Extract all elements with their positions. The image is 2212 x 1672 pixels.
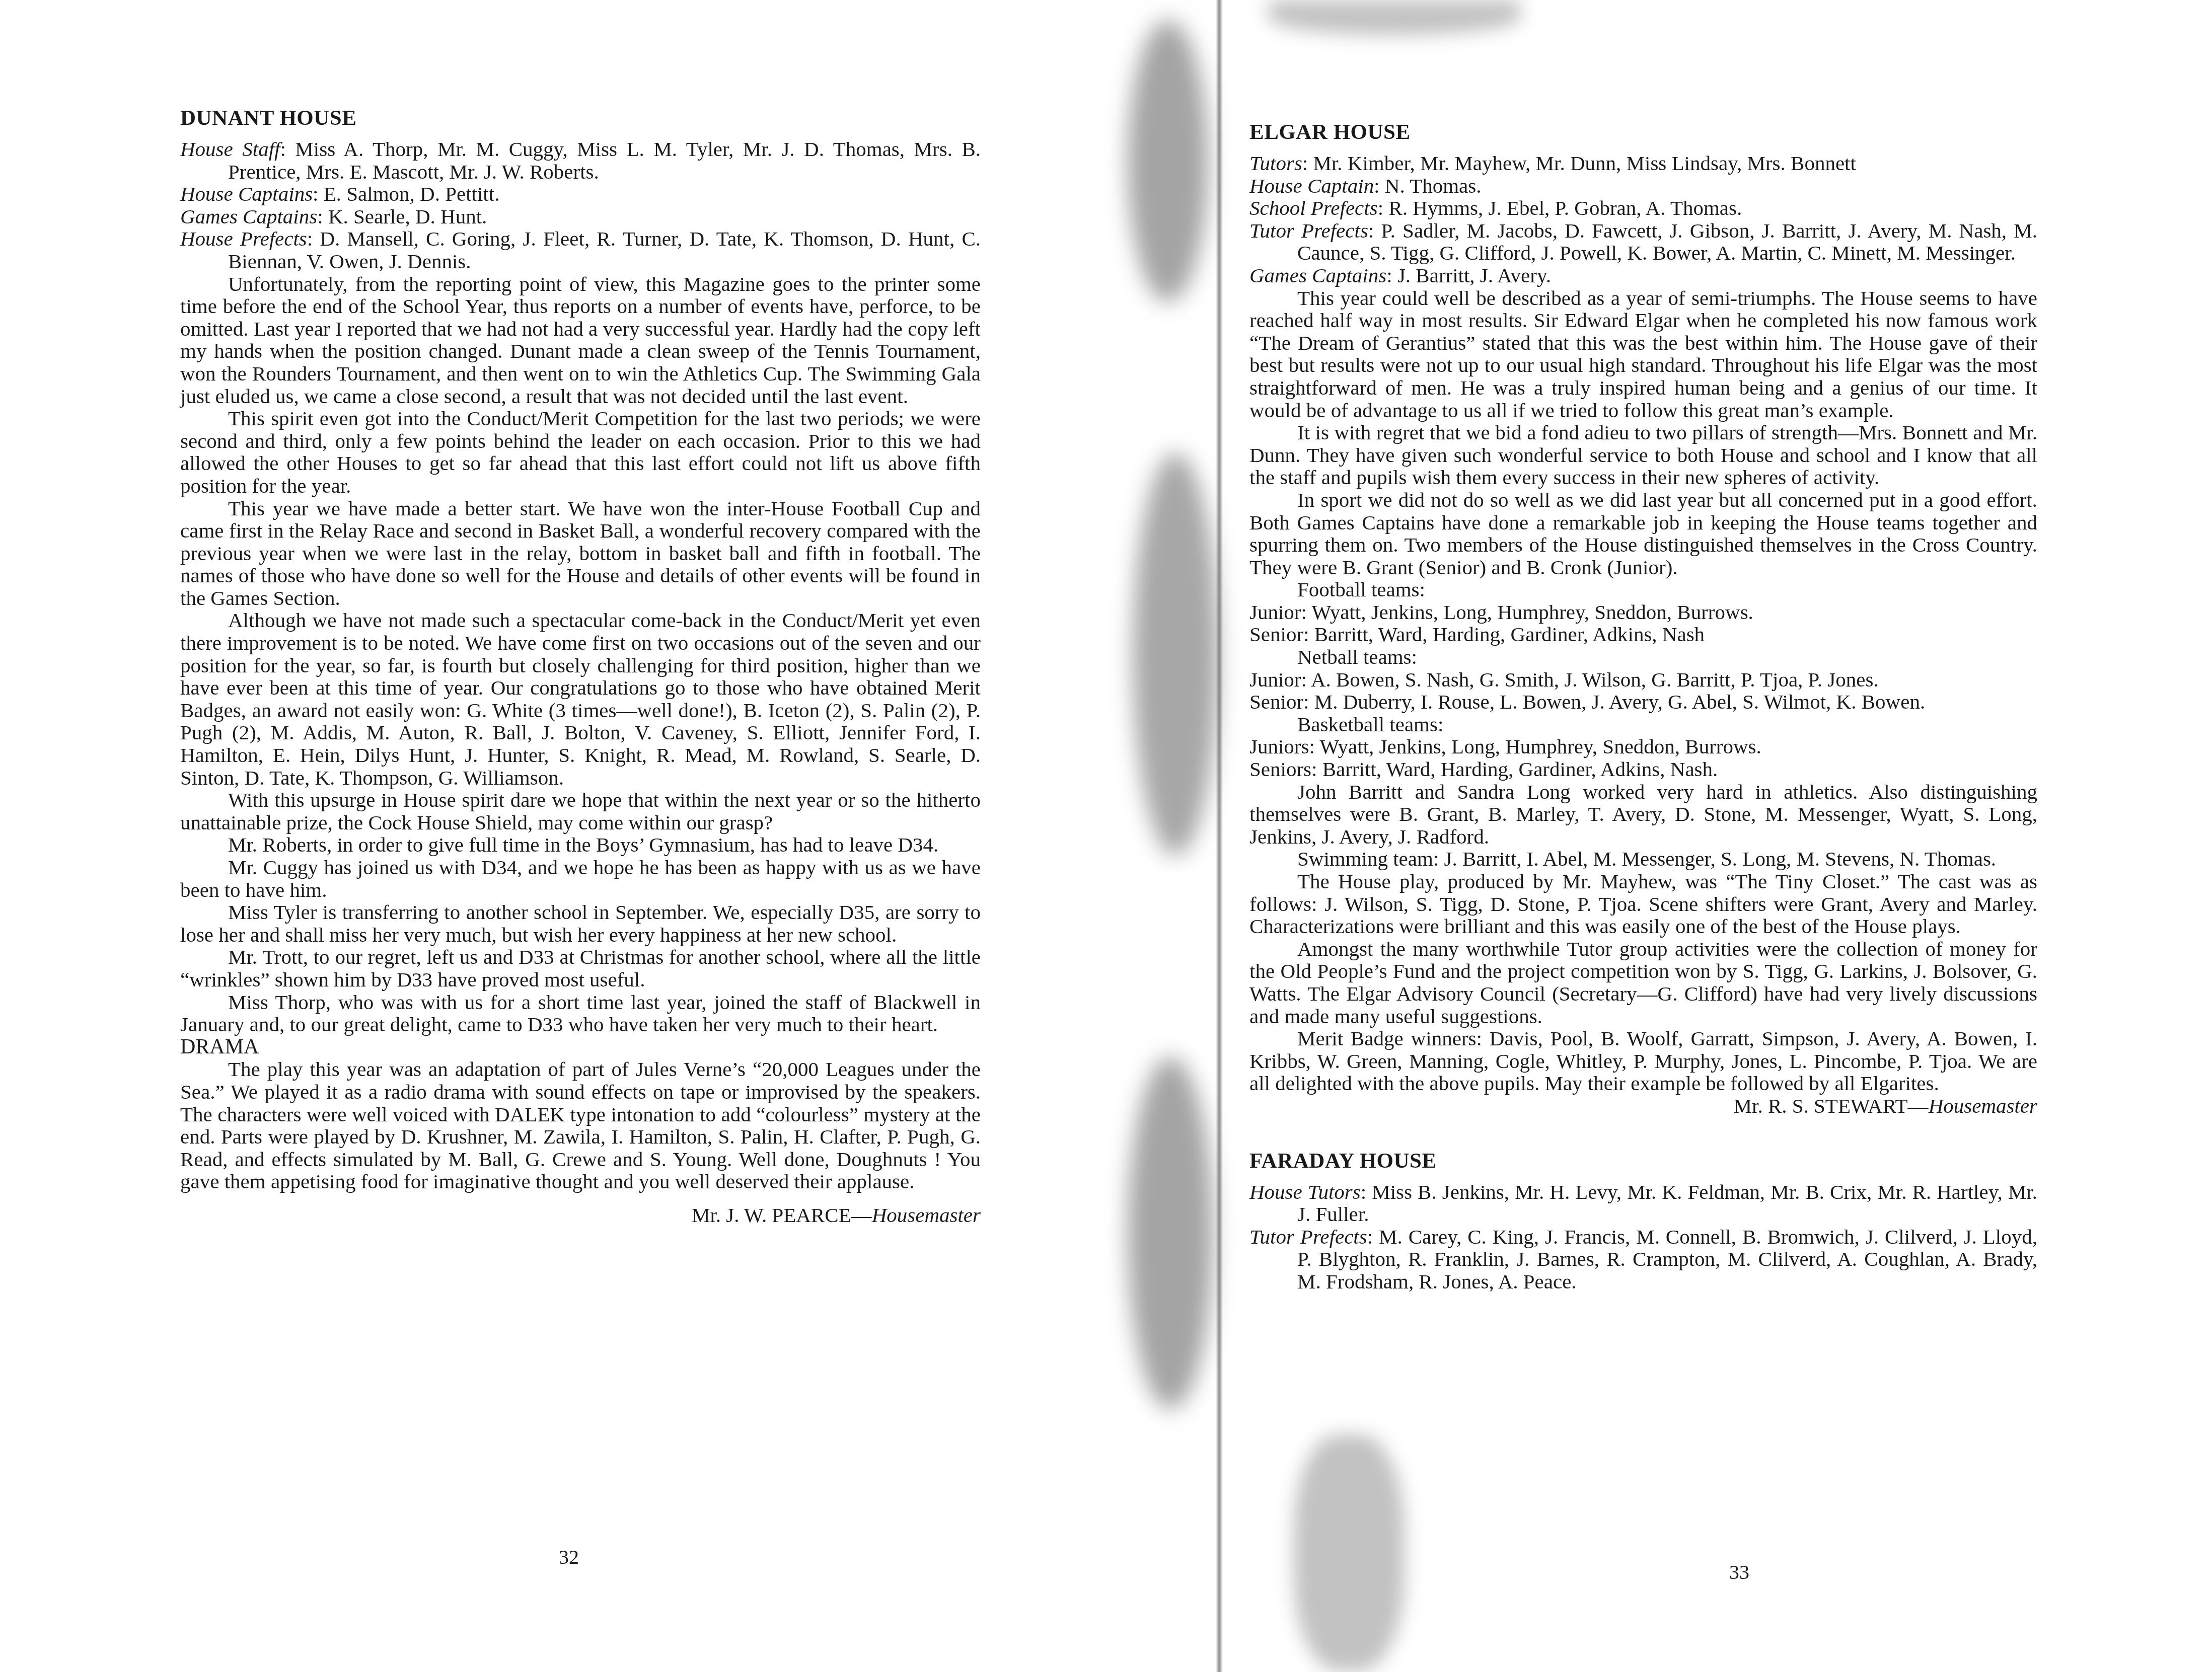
page-number: 32 — [519, 1545, 619, 1569]
entry-text: Mr. Kimber, Mr. Mayhew, Mr. Dunn, Miss L… — [1313, 151, 1856, 175]
entry-label: House Staff — [180, 137, 280, 161]
team-label: Seniors: — [1249, 757, 1317, 781]
team-members: Barritt, Ward, Harding, Gardiner, Adkins… — [1314, 623, 1705, 646]
page-33: ELGAR HOUSE Tutors: Mr. Kimber, Mr. Mayh… — [1108, 0, 2212, 1672]
paragraph: Swimming team: J. Barritt, I. Abel, M. M… — [1249, 848, 2037, 870]
entry-text: M. Carey, C. King, J. Francis, M. Connel… — [1297, 1225, 2037, 1293]
paragraph: This year could well be described as a y… — [1249, 287, 2037, 422]
entry-text: E. Salmon, D. Pettitt. — [324, 182, 500, 205]
entry-label: House Captain — [1249, 174, 1374, 197]
signature-name: Mr. R. S. STEWART— — [1734, 1094, 1929, 1117]
entry-text: R. Hymms, J. Ebel, P. Gobran, A. Thomas. — [1388, 196, 1742, 219]
section-title-dunant-house: DUNANT HOUSE — [180, 106, 981, 131]
drama-heading: DRAMA — [180, 1036, 981, 1058]
team-row-basketball-seniors: Seniors: Barritt, Ward, Harding, Gardine… — [1249, 758, 2037, 781]
paragraph: Miss Thorp, who was with us for a short … — [180, 991, 981, 1036]
paragraph: The House play, produced by Mr. Mayhew, … — [1249, 870, 2037, 938]
entry-label: Tutor Prefects — [1249, 1225, 1367, 1248]
team-row-netball-junior: Junior: A. Bowen, S. Nash, G. Smith, J. … — [1249, 668, 2037, 691]
signature-name: Mr. J. W. PEARCE— — [692, 1203, 872, 1227]
paragraph: Mr. Trott, to our regret, left us and D3… — [180, 946, 981, 991]
paragraph: John Barritt and Sandra Long worked very… — [1249, 781, 2037, 848]
staff-entry-house-prefects: House Prefects: D. Mansell, C. Goring, J… — [180, 227, 981, 272]
staff-entry-games-captains: Games Captains: J. Barritt, J. Avery. — [1249, 264, 2037, 287]
team-label: Senior: — [1249, 623, 1309, 646]
staff-entry-house-captain: House Captain: N. Thomas. — [1249, 175, 2037, 197]
page-number: 33 — [1689, 1560, 1790, 1584]
entry-label: Games Captains — [1249, 264, 1386, 287]
staff-entry-tutor-prefects: Tutor Prefects: M. Carey, C. King, J. Fr… — [1249, 1226, 2037, 1293]
team-members: A. Bowen, S. Nash, G. Smith, J. Wilson, … — [1311, 668, 1879, 691]
entry-text: Miss B. Jenkins, Mr. H. Levy, Mr. K. Fel… — [1297, 1180, 2037, 1226]
football-teams-heading: Football teams: — [1249, 578, 2037, 601]
staff-entry-school-prefects: School Prefects: R. Hymms, J. Ebel, P. G… — [1249, 197, 2037, 219]
section-title-faraday-house: FARADAY HOUSE — [1249, 1149, 2037, 1174]
paragraph: Mr. Roberts, in order to give full time … — [180, 833, 981, 856]
staff-entry-house-tutors: House Tutors: Miss B. Jenkins, Mr. H. Le… — [1249, 1181, 2037, 1226]
netball-teams-heading: Netball teams: — [1249, 646, 2037, 668]
team-row-football-junior: Junior: Wyatt, Jenkins, Long, Humphrey, … — [1249, 601, 2037, 624]
staff-entry-tutor-prefects: Tutor Prefects: P. Sadler, M. Jacobs, D.… — [1249, 219, 2037, 264]
basketball-teams-heading: Basketball teams: — [1249, 713, 2037, 736]
team-row-football-senior: Senior: Barritt, Ward, Harding, Gardiner… — [1249, 623, 2037, 646]
paragraph: Although we have not made such a spectac… — [180, 609, 981, 789]
entry-label: House Captains — [180, 182, 313, 205]
entry-label: School Prefects — [1249, 196, 1378, 219]
team-label: Junior: — [1249, 600, 1307, 624]
entry-text: N. Thomas. — [1385, 174, 1482, 197]
team-label: Senior: — [1249, 690, 1309, 713]
staff-entry-house-staff: House Staff: Miss A. Thorp, Mr. M. Cuggy… — [180, 138, 981, 183]
housemaster-signature-elgar: Mr. R. S. STEWART—Housemaster — [1249, 1095, 2037, 1117]
housemaster-signature-dunant: Mr. J. W. PEARCE—Housemaster — [180, 1204, 981, 1227]
entry-text: P. Sadler, M. Jacobs, D. Fawcett, J. Gib… — [1297, 219, 2037, 265]
right-text-column: ELGAR HOUSE Tutors: Mr. Kimber, Mr. Mayh… — [1249, 120, 2037, 1293]
team-label: Juniors: — [1249, 735, 1315, 758]
paragraph: Merit Badge winners: Davis, Pool, B. Woo… — [1249, 1027, 2037, 1095]
entry-label: House Prefects — [180, 227, 307, 250]
entry-label: House Tutors — [1249, 1180, 1361, 1203]
drama-paragraph: The play this year was an adaptation of … — [180, 1058, 981, 1193]
paragraph: Mr. Cuggy has joined us with D34, and we… — [180, 856, 981, 901]
signature-role: Housemaster — [1929, 1094, 2037, 1117]
signature-role: Housemaster — [872, 1203, 981, 1227]
paragraph: In sport we did not do so well as we did… — [1249, 489, 2037, 578]
paragraph: With this upsurge in House spirit dare w… — [180, 789, 981, 833]
entry-text: Miss A. Thorp, Mr. M. Cuggy, Miss L. M. … — [228, 137, 981, 183]
team-members: Wyatt, Jenkins, Long, Humphrey, Sneddon,… — [1311, 600, 1753, 624]
entry-label: Tutor Prefects — [1249, 219, 1368, 242]
entry-label: Tutors — [1249, 151, 1302, 175]
page-32: DUNANT HOUSE House Staff: Miss A. Thorp,… — [0, 0, 1097, 1672]
paragraph: Miss Tyler is transferring to another sc… — [180, 901, 981, 946]
entry-text: D. Mansell, C. Goring, J. Fleet, R. Turn… — [228, 227, 981, 273]
staff-entry-games-captains: Games Captains: K. Searle, D. Hunt. — [180, 205, 981, 228]
entry-text: J. Barritt, J. Avery. — [1397, 264, 1551, 287]
left-text-column: DUNANT HOUSE House Staff: Miss A. Thorp,… — [180, 106, 981, 1227]
team-row-netball-senior: Senior: M. Duberry, I. Rouse, L. Bowen, … — [1249, 691, 2037, 713]
paragraph: This year we have made a better start. W… — [180, 497, 981, 610]
team-members: M. Duberry, I. Rouse, L. Bowen, J. Avery… — [1314, 690, 1925, 713]
team-members: Wyatt, Jenkins, Long, Humphrey, Sneddon,… — [1319, 735, 1761, 758]
paragraph: It is with regret that we bid a fond adi… — [1249, 421, 2037, 489]
paragraph: Amongst the many worthwhile Tutor group … — [1249, 938, 2037, 1027]
team-members: Barritt, Ward, Harding, Gardiner, Adkins… — [1322, 757, 1718, 781]
section-title-elgar-house: ELGAR HOUSE — [1249, 120, 2037, 145]
team-row-basketball-juniors: Juniors: Wyatt, Jenkins, Long, Humphrey,… — [1249, 735, 2037, 758]
staff-entry-house-captains: House Captains: E. Salmon, D. Pettitt. — [180, 183, 981, 205]
staff-entry-tutors: Tutors: Mr. Kimber, Mr. Mayhew, Mr. Dunn… — [1249, 152, 2037, 175]
team-label: Junior: — [1249, 668, 1307, 691]
entry-label: Games Captains — [180, 205, 317, 228]
paragraph: This spirit even got into the Conduct/Me… — [180, 407, 981, 497]
paragraph: Unfortunately, from the reporting point … — [180, 273, 981, 408]
entry-text: K. Searle, D. Hunt. — [328, 205, 487, 228]
magazine-spread: DUNANT HOUSE House Staff: Miss A. Thorp,… — [0, 0, 2212, 1672]
